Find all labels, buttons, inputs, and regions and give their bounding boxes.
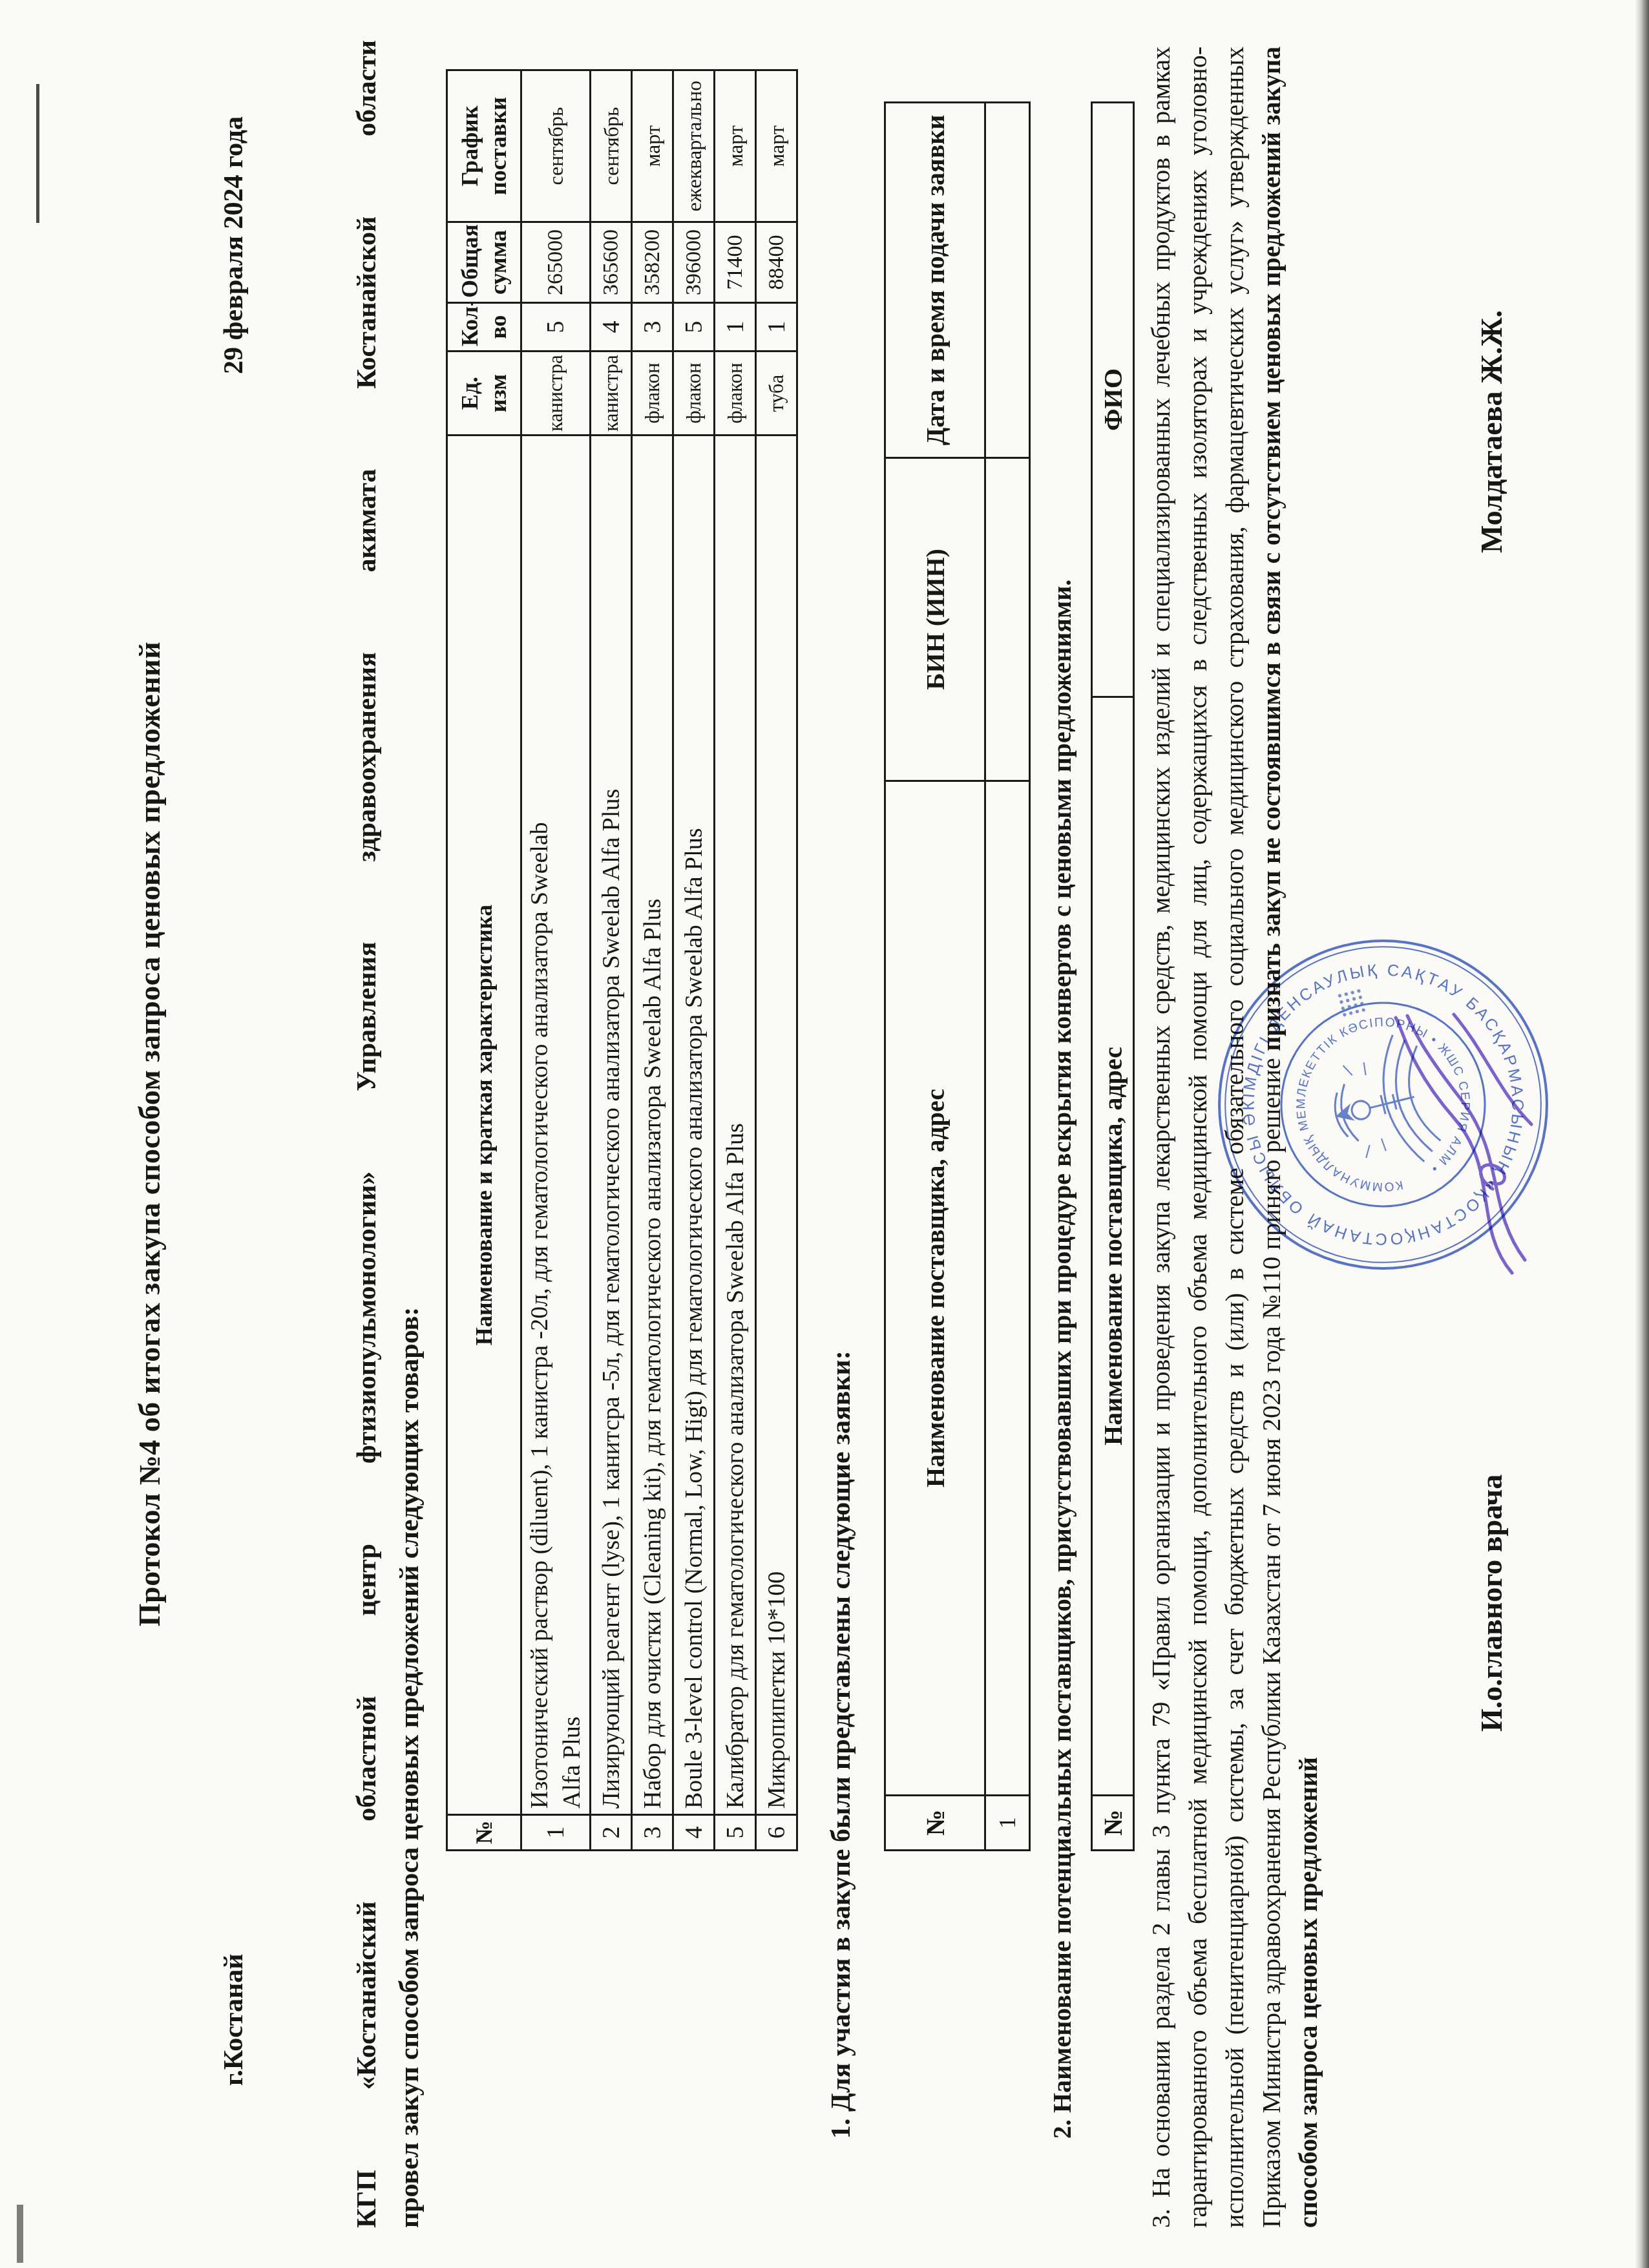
col-header-name: Наименование и краткая характеристика bbox=[447, 436, 521, 1815]
goods-row-unit: туба bbox=[756, 352, 797, 436]
goods-row-schedule: март bbox=[632, 70, 673, 222]
intro-paragraph: КГП «Костанайский областной центр фтизио… bbox=[346, 40, 431, 2228]
signature-position-label: И.о.главного врача bbox=[1475, 1475, 1509, 1732]
goods-row-unit: флакон bbox=[632, 352, 673, 436]
bids-col-supplier: Наименование поставщика, адрес bbox=[885, 781, 985, 1796]
bids-row: 1 bbox=[985, 103, 1030, 1851]
goods-row-num: 3 bbox=[632, 1815, 673, 1851]
goods-row-schedule: март bbox=[756, 70, 797, 222]
attendees-col-fio: ФИО bbox=[1092, 103, 1134, 697]
attendees-table: № Наименование поставщика, адрес ФИО bbox=[1091, 101, 1135, 1851]
goods-row-total: 88400 bbox=[756, 222, 797, 303]
goods-row-num: 4 bbox=[673, 1815, 715, 1851]
col-header-total: Общая сумма bbox=[447, 222, 521, 303]
scan-corner-mark bbox=[17, 2205, 23, 2263]
goods-row-schedule: март bbox=[715, 70, 756, 222]
goods-row: 1 Изотонический раствор (diluent), 1 кан… bbox=[521, 70, 591, 1851]
goods-row-qty: 3 bbox=[632, 303, 673, 352]
bids-row-num: 1 bbox=[985, 1796, 1030, 1851]
city-label: г.Костанай bbox=[218, 1954, 249, 2086]
goods-row-qty: 5 bbox=[521, 303, 591, 352]
goods-row-schedule: ежеквартально bbox=[673, 70, 715, 222]
goods-row: 2 Лизирующий реагент (lyse), 1 канитсра … bbox=[591, 70, 632, 1851]
goods-row-total: 358200 bbox=[632, 222, 673, 303]
goods-row-name: Калибратор для гематологического анализа… bbox=[715, 436, 756, 1815]
goods-row-name: Набор для очистки (Cleaning kit), для ге… bbox=[632, 436, 673, 1815]
intro-line-1: КГП «Костанайский областной центр фтизио… bbox=[346, 40, 388, 2228]
attendees-col-num: № bbox=[1092, 1796, 1134, 1851]
goods-row: 6 Микропипетки 10*100 туба 1 88400 март bbox=[756, 70, 797, 1851]
goods-row-num: 1 bbox=[521, 1815, 591, 1851]
signature-scribble bbox=[1376, 1008, 1596, 1286]
goods-row-unit: флакон bbox=[715, 352, 756, 436]
col-header-num: № bbox=[447, 1815, 521, 1851]
goods-row-qty: 1 bbox=[756, 303, 797, 352]
bids-row-bin bbox=[985, 458, 1030, 781]
bids-col-num: № bbox=[885, 1796, 985, 1851]
goods-header-row: № Наименование и краткая характеристика … bbox=[447, 70, 521, 1851]
goods-row-name: Микропипетки 10*100 bbox=[756, 436, 797, 1815]
intro-line-2: провел закуп способом запроса ценовых пр… bbox=[388, 40, 431, 2228]
bids-row-datetime bbox=[985, 103, 1030, 458]
goods-row-name: Boule 3-level control (Normal, Low, Higt… bbox=[673, 436, 715, 1815]
goods-row-qty: 4 bbox=[591, 303, 632, 352]
goods-row-schedule: сентябрь bbox=[521, 70, 591, 222]
col-header-qty: Кол-во bbox=[447, 303, 521, 352]
goods-row-name: Изотонический раствор (diluent), 1 канис… bbox=[521, 436, 591, 1815]
goods-row: 3 Набор для очистки (Cleaning kit), для … bbox=[632, 70, 673, 1851]
goods-row-qty: 5 bbox=[673, 303, 715, 352]
goods-row-total: 71400 bbox=[715, 222, 756, 303]
attendees-header-row: № Наименование поставщика, адрес ФИО bbox=[1092, 103, 1134, 1851]
bids-table: № Наименование поставщика, адрес БИН (ИИ… bbox=[884, 101, 1031, 1851]
date-label: 29 февраля 2024 года bbox=[218, 116, 249, 374]
document-title: Протокол №4 об итогах закупа способом за… bbox=[132, 0, 167, 2268]
goods-row-num: 5 bbox=[715, 1815, 756, 1851]
goods-row: 4 Boule 3-level control (Normal, Low, Hi… bbox=[673, 70, 715, 1851]
bids-col-datetime: Дата и время подачи заявки bbox=[885, 103, 985, 458]
section1-heading: 1. Для участия в закупе были представлен… bbox=[826, 1350, 857, 2139]
goods-table: № Наименование и краткая характеристика … bbox=[446, 69, 798, 1851]
document: Протокол №4 об итогах закупа способом за… bbox=[0, 0, 1649, 2268]
signature-name: Молдатаева Ж.Ж. bbox=[1475, 310, 1509, 553]
goods-row-schedule: сентябрь bbox=[591, 70, 632, 222]
section2-heading: 2. Наименование потенциальных поставщико… bbox=[1047, 580, 1077, 2139]
goods-row-total: 365600 bbox=[591, 222, 632, 303]
goods-row-total: 396000 bbox=[673, 222, 715, 303]
col-header-schedule: График поставки bbox=[447, 70, 521, 222]
col-header-unit: Ед. изм bbox=[447, 352, 521, 436]
scanned-page: Протокол №4 об итогах закупа способом за… bbox=[0, 0, 1649, 2268]
bids-header-row: № Наименование поставщика, адрес БИН (ИИ… bbox=[885, 103, 985, 1851]
goods-row-num: 2 bbox=[591, 1815, 632, 1851]
goods-row: 5 Калибратор для гематологического анали… bbox=[715, 70, 756, 1851]
bids-row-supplier bbox=[985, 781, 1030, 1796]
attendees-col-supplier: Наименование поставщика, адрес bbox=[1092, 697, 1134, 1796]
scan-edge-shadow bbox=[1635, 0, 1649, 2268]
goods-row-name: Лизирующий реагент (lyse), 1 канитсра -5… bbox=[591, 436, 632, 1815]
goods-row-total: 265000 bbox=[521, 222, 591, 303]
bids-col-bin: БИН (ИИН) bbox=[885, 458, 985, 781]
goods-row-unit: канистра bbox=[591, 352, 632, 436]
goods-row-num: 6 bbox=[756, 1815, 797, 1851]
goods-row-unit: флакон bbox=[673, 352, 715, 436]
goods-row-unit: канистра bbox=[521, 352, 591, 436]
goods-row-qty: 1 bbox=[715, 303, 756, 352]
scan-artifact-line bbox=[36, 84, 39, 223]
